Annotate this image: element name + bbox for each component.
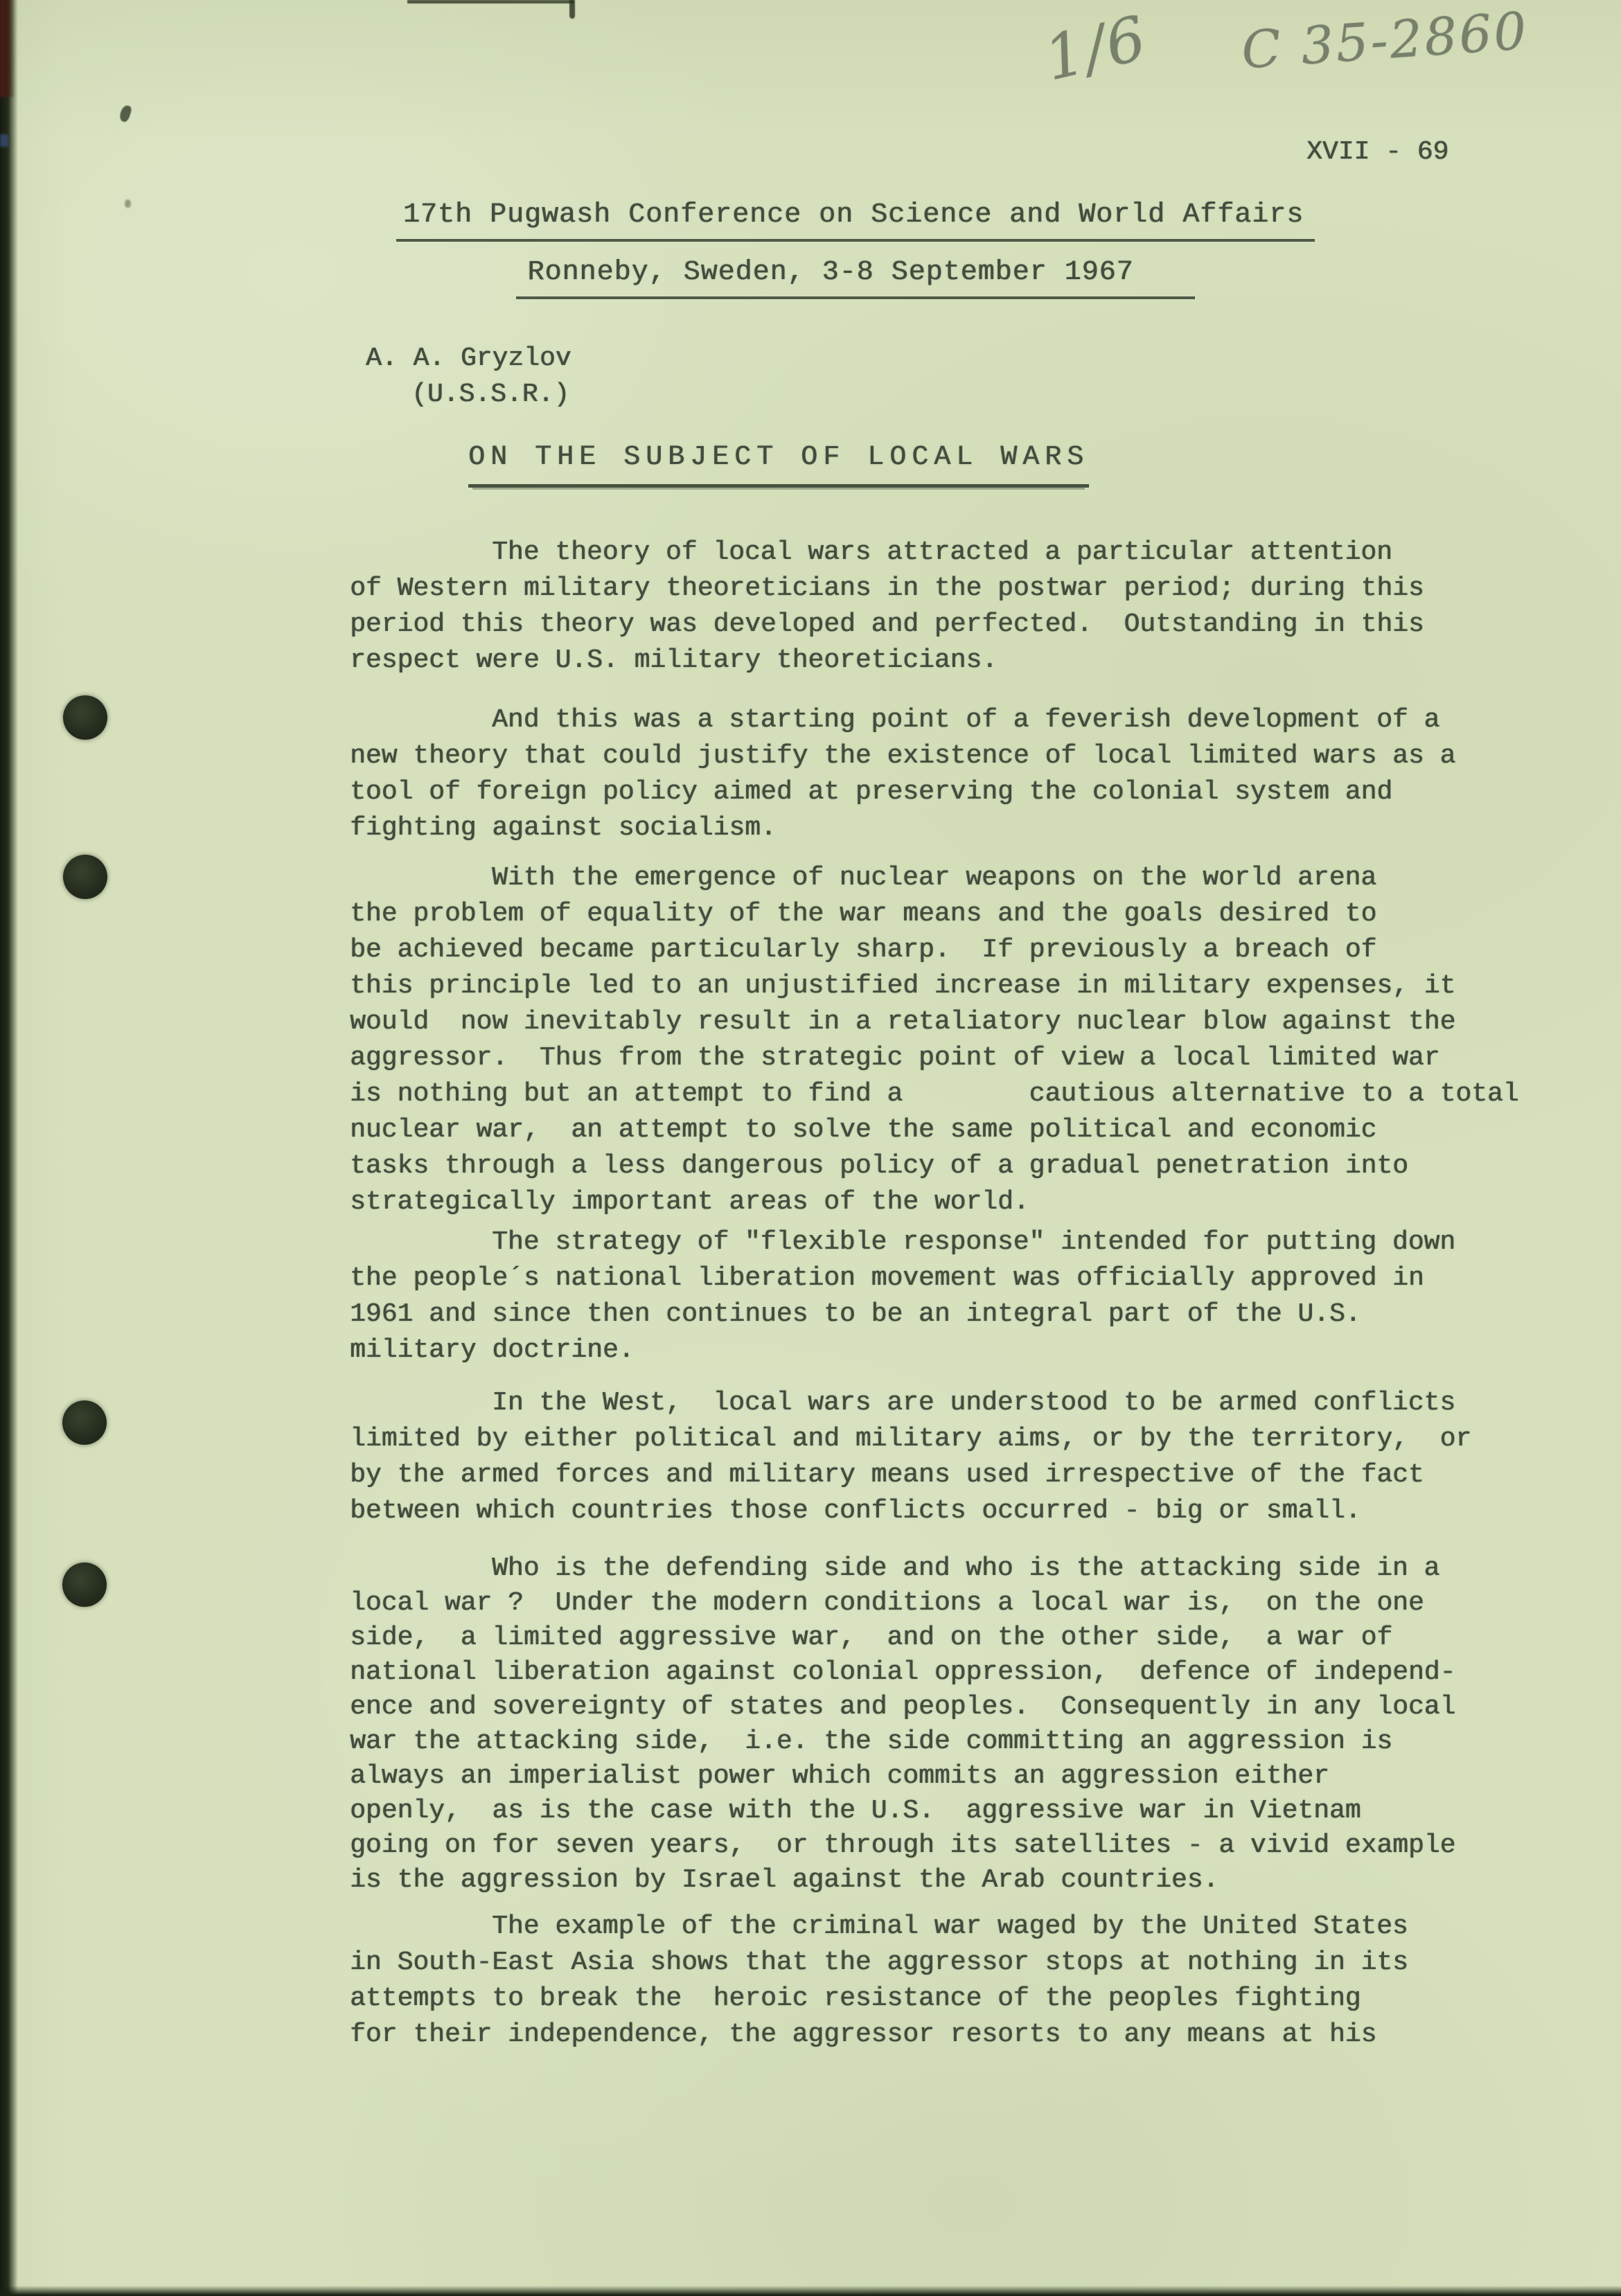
hole-punch-4 xyxy=(62,1563,107,1607)
author-block: A. A. Gryzlov(U.S.S.R.) xyxy=(366,341,571,413)
conference-title-line1: 17th Pugwash Conference on Science and W… xyxy=(396,199,1315,242)
paragraph-6: Who is the defending side and who is the… xyxy=(350,1551,1569,1898)
blue-pen-edge-mark xyxy=(0,134,8,147)
scanned-document-page: 1/6 C 35-2860 XVII - 69 17th Pugwash Con… xyxy=(0,0,1621,2296)
scan-top-tick-artifact xyxy=(569,0,575,19)
author-country: (U.S.S.R.) xyxy=(366,377,569,413)
hole-punch-3 xyxy=(62,1400,107,1445)
conference-title-line2: Ronneby, Sweden, 3-8 September 1967 xyxy=(516,257,1194,299)
red-pen-edge-mark xyxy=(0,0,15,97)
handwritten-document-number: C 35-2860 xyxy=(1240,1,1531,81)
paragraph-7: The example of the criminal war waged by… xyxy=(350,1909,1569,2053)
paragraph-2: And this was a starting point of a fever… xyxy=(350,702,1569,846)
scan-top-artifact xyxy=(407,0,574,3)
paragraph-5: In the West, local wars are understood t… xyxy=(350,1385,1569,1529)
handwritten-page-fraction: 1/6 xyxy=(1038,2,1153,95)
paragraph-1: The theory of local wars attracted a par… xyxy=(350,535,1569,679)
paragraph-3: With the emergence of nuclear weapons on… xyxy=(350,860,1569,1220)
scan-edge-left xyxy=(0,0,18,2296)
hole-punch-1 xyxy=(63,695,107,740)
ink-speck-small xyxy=(125,199,131,208)
paragraph-4: The strategy of "flexible response" inte… xyxy=(350,1225,1569,1369)
scan-edge-bottom xyxy=(0,2286,1621,2296)
conference-header: 17th Pugwash Conference on Science and W… xyxy=(270,199,1441,299)
author-name: A. A. Gryzlov xyxy=(366,344,571,373)
hole-punch-2 xyxy=(63,855,107,899)
document-title: ON THE SUBJECT OF LOCAL WARS xyxy=(468,442,1089,488)
page-number: XVII - 69 xyxy=(1306,137,1449,167)
ink-speck xyxy=(118,104,133,123)
